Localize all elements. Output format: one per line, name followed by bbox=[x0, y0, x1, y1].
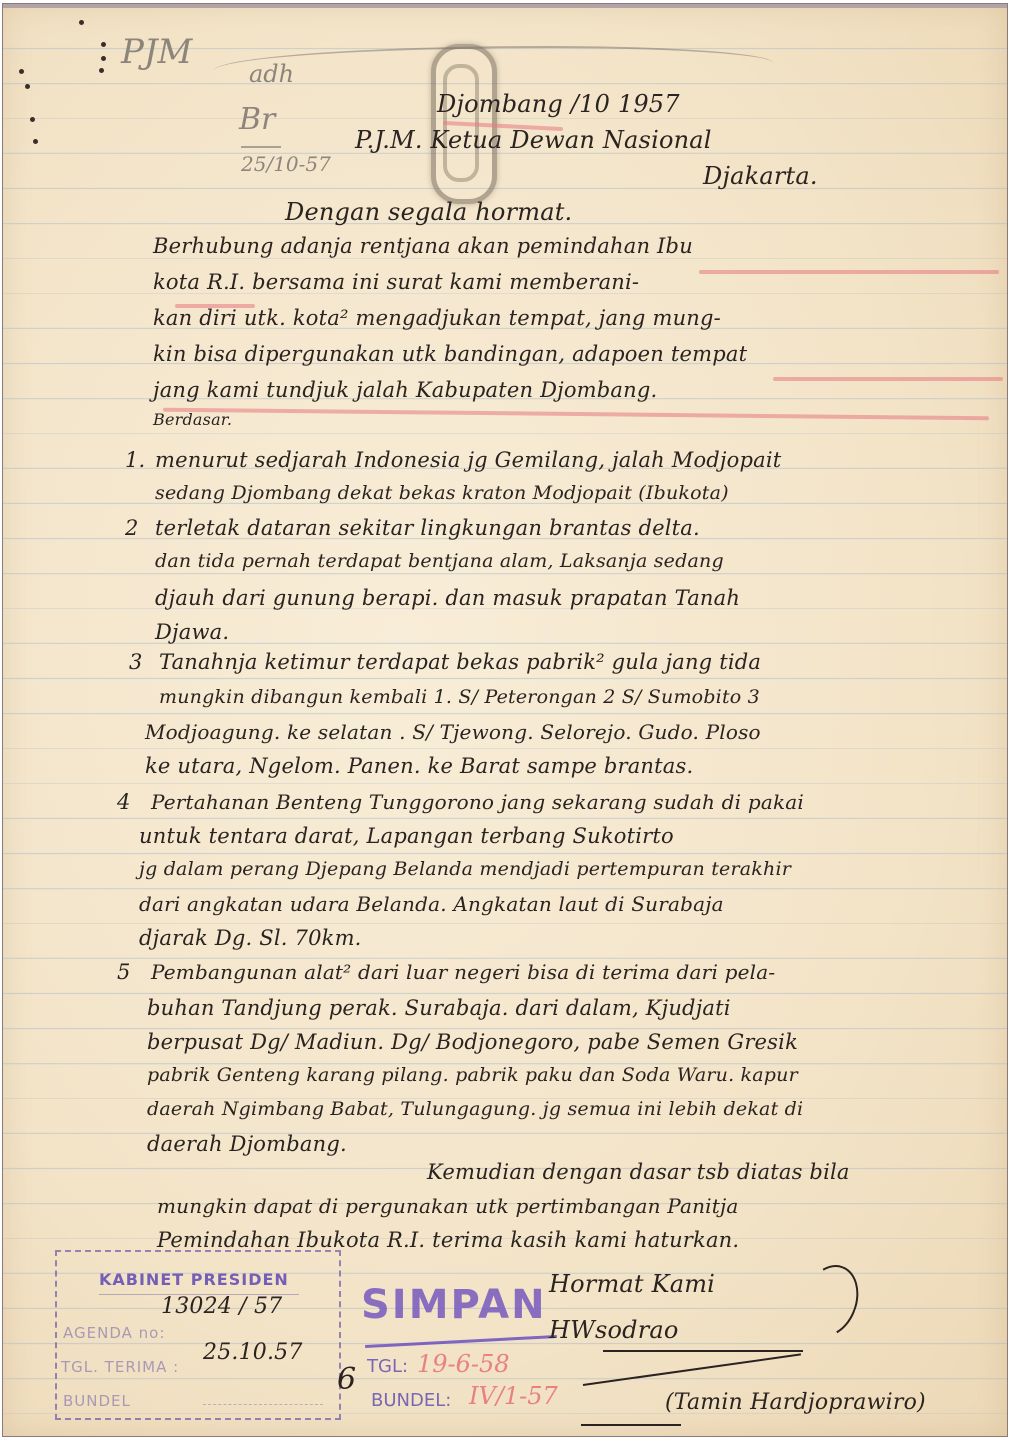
punch-holes bbox=[17, 14, 107, 154]
signature-underline bbox=[603, 1350, 803, 1352]
signature-scrawl: HWsodrao bbox=[549, 1316, 679, 1344]
point-line: jg dalam perang Djepang Belanda mendjadi… bbox=[139, 858, 791, 880]
point-line: ke utara, Ngelom. Panen. ke Barat sampe … bbox=[145, 754, 693, 778]
punch-hole bbox=[99, 68, 104, 73]
signatory-name: (Tamin Hardjoprawiro) bbox=[665, 1390, 926, 1415]
point-line: pabrik Genteng karang pilang. pabrik pak… bbox=[147, 1064, 798, 1086]
red-underline bbox=[163, 408, 989, 421]
pencil-ref-top: Br bbox=[239, 102, 275, 137]
point-line: Pembangunan alat² dari luar negeri bisa … bbox=[151, 960, 775, 984]
punch-hole bbox=[79, 20, 84, 25]
point-number: 1. bbox=[125, 448, 145, 472]
simpan-bundel-label: BUNDEL: bbox=[371, 1390, 451, 1411]
agenda-label: AGENDA no: bbox=[63, 1324, 165, 1342]
intro-line: kin bisa dipergunakan utk bandingan, ada… bbox=[153, 342, 747, 366]
punch-hole bbox=[33, 139, 38, 144]
point-number: 3 bbox=[129, 650, 143, 674]
point-number: 5 bbox=[117, 960, 131, 984]
simpan-bar bbox=[365, 1335, 557, 1348]
bundel-label: BUNDEL bbox=[63, 1392, 131, 1410]
point-line: menurut sedjarah Indonesia jg Gemilang, … bbox=[155, 448, 781, 472]
point-line: Djawa. bbox=[155, 620, 229, 644]
simpan-stamp-title: SIMPAN bbox=[361, 1282, 547, 1328]
punch-hole bbox=[25, 84, 30, 89]
pencil-note: adh bbox=[249, 60, 294, 88]
point-line: daerah Djombang. bbox=[147, 1132, 347, 1156]
intro-line: kan diri utk. kota² mengadjukan tempat, … bbox=[153, 306, 721, 330]
signature-flourish bbox=[792, 1257, 868, 1345]
place-date: Djombang /10 1957 bbox=[437, 90, 680, 118]
punch-hole bbox=[101, 56, 106, 61]
point-line: mungkin dibangun kembali 1. S/ Peteronga… bbox=[159, 686, 760, 708]
red-underline bbox=[699, 270, 999, 274]
punch-hole bbox=[30, 117, 35, 122]
point-line: berpusat Dg/ Madiun. Dg/ Bodjonegoro, pa… bbox=[147, 1030, 798, 1054]
simpan-bundel-value: IV/1-57 bbox=[469, 1382, 558, 1410]
recipient-line-2: Djakarta. bbox=[703, 162, 818, 190]
letter-page: PJM adh Br 25/10-57 Djombang /10 1957 P.… bbox=[2, 3, 1008, 1437]
point-line: Pertahanan Benteng Tunggorono jang sekar… bbox=[151, 790, 804, 814]
scan-top-edge bbox=[3, 4, 1007, 8]
simpan-tgl-value: 19-6-58 bbox=[417, 1350, 510, 1378]
point-line: daerah Ngimbang Babat, Tulungagung. jg s… bbox=[147, 1098, 803, 1120]
tgl-terima-value: 25.10.57 bbox=[203, 1340, 303, 1365]
intro-line: Berdasar. bbox=[153, 410, 232, 429]
closing-line: Kemudian dengan dasar tsb diatas bila bbox=[427, 1160, 850, 1184]
pencil-initials: PJM bbox=[121, 32, 192, 72]
point-number: 4 bbox=[117, 790, 131, 814]
pencil-ref-date: 25/10-57 bbox=[241, 152, 331, 176]
point-line: buhan Tandjung perak. Surabaja. dari dal… bbox=[147, 996, 731, 1020]
intro-line: kota R.I. bersama ini surat kami membera… bbox=[153, 270, 639, 294]
tgl-terima-label: TGL. TERIMA : bbox=[61, 1358, 179, 1376]
signature-stroke bbox=[581, 1424, 681, 1426]
point-line: dan tida pernah terdapat bentjana alam, … bbox=[155, 550, 724, 572]
intro-line: jang kami tundjuk jalah Kabupaten Djomba… bbox=[153, 378, 657, 402]
point-line: djauh dari gunung berapi. dan masuk prap… bbox=[155, 586, 740, 610]
intro-line: Berhubung adanja rentjana akan pemindaha… bbox=[153, 234, 693, 258]
punch-hole bbox=[101, 42, 106, 47]
point-line: djarak Dg. Sl. 70km. bbox=[139, 926, 362, 950]
bundel-blank bbox=[203, 1404, 323, 1406]
punch-hole bbox=[19, 69, 24, 74]
point-line: Tanahnja ketimur terdapat bekas pabrik² … bbox=[159, 650, 761, 674]
point-number: 2 bbox=[125, 516, 139, 540]
stamp-title: KABINET PRESIDEN bbox=[99, 1270, 289, 1289]
point-line: terletak dataran sekitar lingkungan bran… bbox=[155, 516, 700, 540]
pencil-fraction-bar bbox=[241, 146, 281, 148]
point-line: sedang Djombang dekat bekas kraton Modjo… bbox=[155, 482, 729, 504]
agenda-value: 13024 / 57 bbox=[161, 1294, 282, 1319]
point-line: Modjoagung. ke selatan . S/ Tjewong. Sel… bbox=[145, 720, 761, 744]
recipient-line-1: P.J.M. Ketua Dewan Nasional bbox=[355, 126, 712, 154]
closing-line: mungkin dapat di pergunakan utk pertimba… bbox=[157, 1194, 739, 1218]
red-underline bbox=[773, 377, 1003, 381]
simpan-tgl-label: TGL: bbox=[367, 1356, 408, 1377]
salutation: Dengan segala hormat. bbox=[285, 198, 572, 226]
point-line: untuk tentara darat, Lapangan terbang Su… bbox=[139, 824, 674, 848]
paraf-mark: 6 bbox=[337, 1362, 356, 1397]
signature-greeting: Hormat Kami bbox=[549, 1270, 715, 1298]
signature-stroke bbox=[583, 1353, 801, 1386]
closing-line: Pemindahan Ibukota R.I. terima kasih kam… bbox=[157, 1228, 739, 1252]
point-line: dari angkatan udara Belanda. Angkatan la… bbox=[139, 892, 724, 916]
